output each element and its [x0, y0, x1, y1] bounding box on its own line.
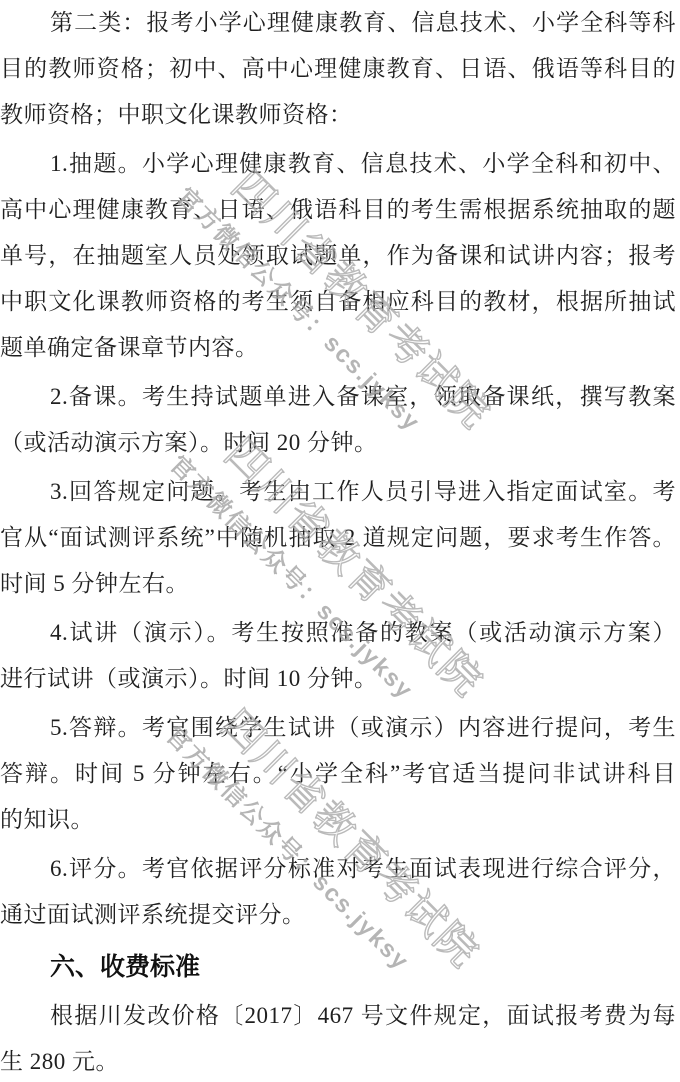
text-line: 高中心理健康教育、日语、俄语科目的考生需根据系统抽取的题 [0, 187, 676, 233]
text-line: 题单确定备课章节内容。 [0, 325, 676, 371]
text-line: 官从“面试测评系统”中随机抽取 2 道规定问题，要求考生作答。 [0, 515, 676, 561]
paragraph: 第二类：报考小学心理健康教育、信息技术、小学全科等科目的教师资格；初中、高中心理… [0, 0, 676, 138]
paragraph: 5.答辩。考官围绕学生试讲（或演示）内容进行提问，考生答辩。时间 5 分钟左右。… [0, 705, 676, 843]
text-line: 生 280 元。 [0, 1039, 676, 1082]
text-line: 1.抽题。小学心理健康教育、信息技术、小学全科和初中、 [0, 141, 676, 187]
text-line: 目的教师资格；初中、高中心理健康教育、日语、俄语等科目的 [0, 46, 676, 92]
paragraph: 1.抽题。小学心理健康教育、信息技术、小学全科和初中、高中心理健康教育、日语、俄… [0, 141, 676, 371]
text-line: 答辩。时间 5 分钟左右。“小学全科”考官适当提问非试讲科目 [0, 751, 676, 797]
text-line: 5.答辩。考官围绕学生试讲（或演示）内容进行提问，考生 [0, 705, 676, 751]
text-line: 2.备课。考生持试题单进入备课室，领取备课纸，撰写教案 [0, 374, 676, 420]
text-line: 时间 5 分钟左右。 [0, 561, 676, 607]
paragraph: 4.试讲（演示）。考生按照准备的教案（或活动演示方案）进行试讲（或演示）。时间 … [0, 610, 676, 702]
text-line: 中职文化课教师资格的考生须自备相应科目的教材，根据所抽试 [0, 279, 676, 325]
section-heading: 六、收费标准 [0, 944, 676, 990]
paragraph: 2.备课。考生持试题单进入备课室，领取备课纸，撰写教案（或活动演示方案）。时间 … [0, 374, 676, 466]
document-content: 第二类：报考小学心理健康教育、信息技术、小学全科等科目的教师资格；初中、高中心理… [0, 0, 676, 1082]
text-line: 6.评分。考官依据评分标准对考生面试表现进行综合评分， [0, 846, 676, 892]
text-line: 教师资格；中职文化课教师资格： [0, 92, 676, 138]
text-line: 进行试讲（或演示）。时间 10 分钟。 [0, 656, 676, 702]
text-line: （或活动演示方案）。时间 20 分钟。 [0, 420, 676, 466]
paragraph: 3.回答规定问题。考生由工作人员引导进入指定面试室。考官从“面试测评系统”中随机… [0, 469, 676, 607]
paragraph: 6.评分。考官依据评分标准对考生面试表现进行综合评分，通过面试测评系统提交评分。 [0, 846, 676, 938]
document-page: 四川省教育考试院官方微信公众号：scs.jyksy四川省教育考试院官方微信公众号… [0, 0, 680, 1082]
text-line: 的知识。 [0, 797, 676, 843]
text-line: 第二类：报考小学心理健康教育、信息技术、小学全科等科 [0, 0, 676, 46]
paragraph: 根据川发改价格〔2017〕467 号文件规定，面试报考费为每生 280 元。 [0, 993, 676, 1082]
text-line: 单号，在抽题室人员处领取试题单，作为备课和试讲内容；报考 [0, 233, 676, 279]
text-line: 3.回答规定问题。考生由工作人员引导进入指定面试室。考 [0, 469, 676, 515]
text-line: 4.试讲（演示）。考生按照准备的教案（或活动演示方案） [0, 610, 676, 656]
text-line: 根据川发改价格〔2017〕467 号文件规定，面试报考费为每 [0, 993, 676, 1039]
text-line: 通过面试测评系统提交评分。 [0, 892, 676, 938]
